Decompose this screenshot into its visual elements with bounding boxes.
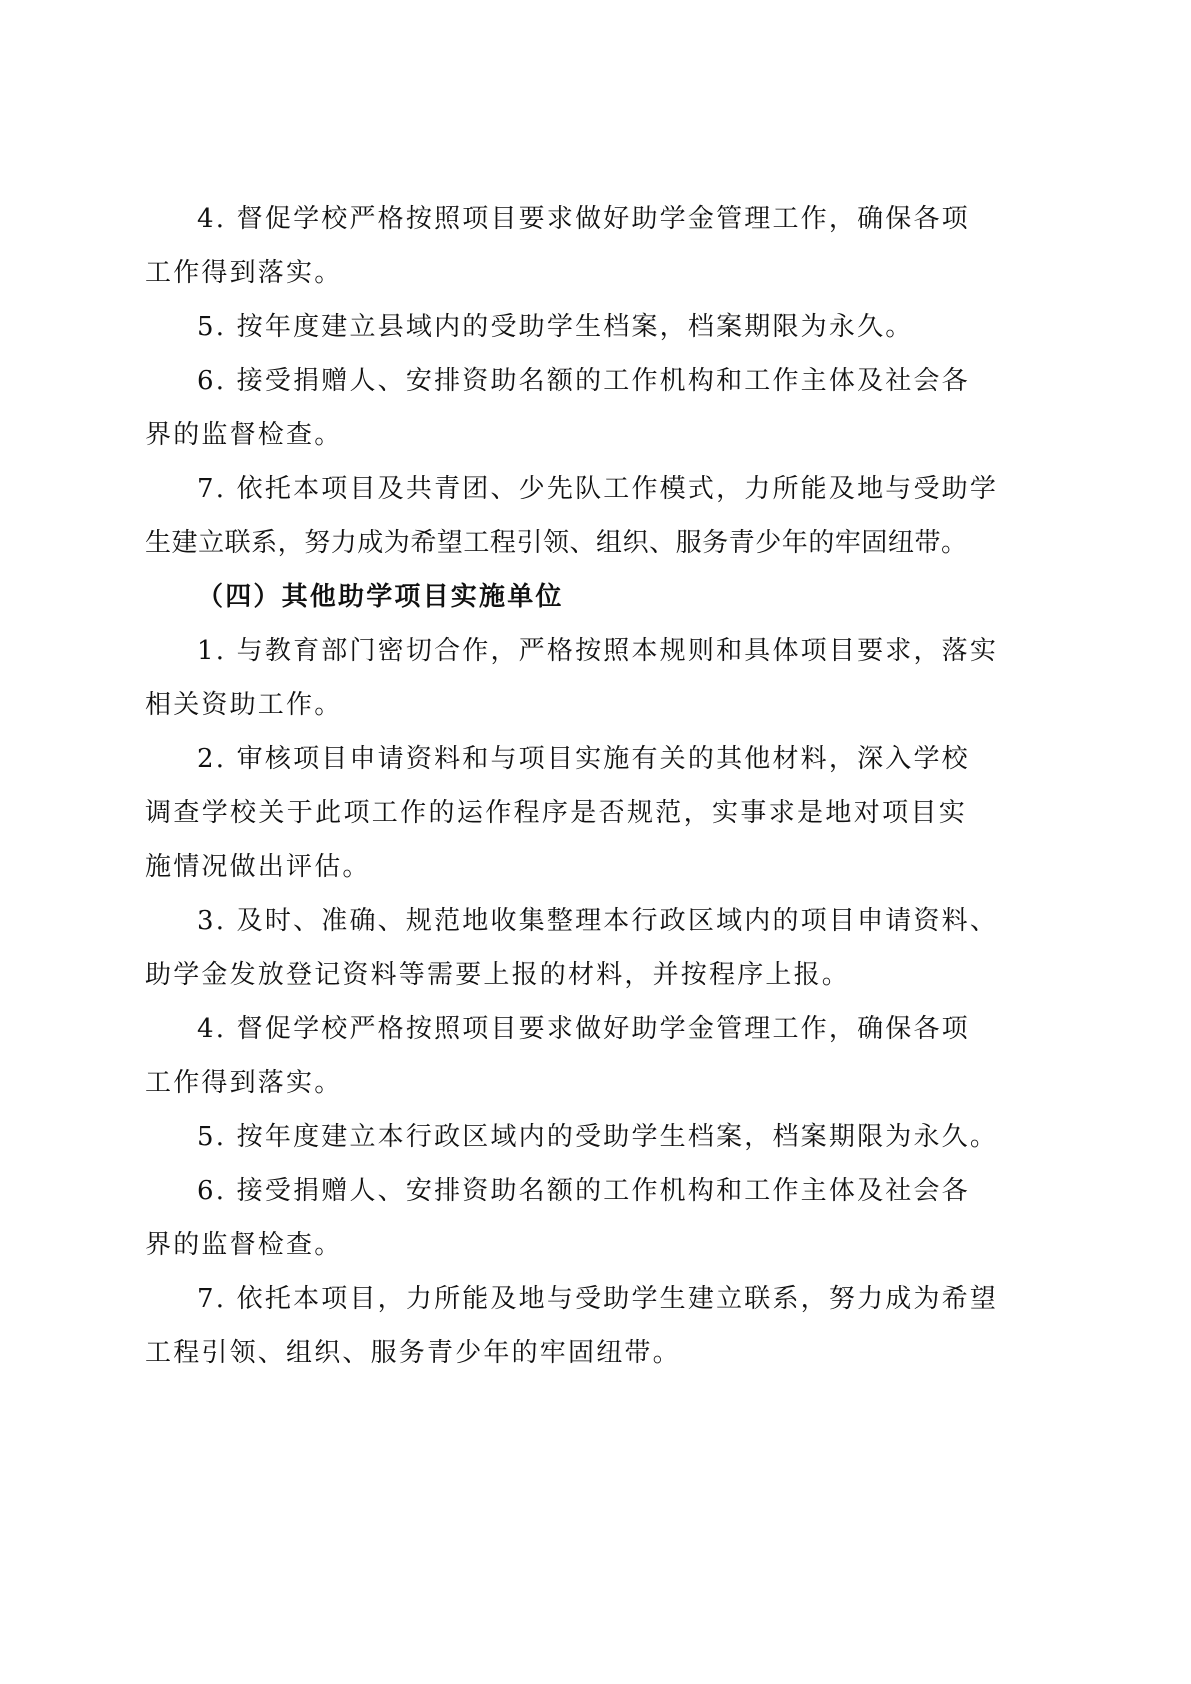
paragraph-line: 5. 按年度建立县域内的受助学生档案，档案期限为永久。 xyxy=(197,300,913,354)
paragraph-line: 4. 督促学校严格按照项目要求做好助学金管理工作，确保各项 xyxy=(197,192,967,246)
paragraph-line: 界的监督检查。 xyxy=(145,408,342,462)
paragraph-line: 生建立联系，努力成为希望工程引领、组织、服务青少年的牢固纽带。 xyxy=(145,516,967,570)
paragraph-line: 7. 依托本项目及共青团、少先队工作模式，力所能及地与受助学 xyxy=(197,462,967,516)
paragraph-line: 助学金发放登记资料等需要上报的材料，并按程序上报。 xyxy=(145,948,850,1002)
paragraph-line: 7. 依托本项目，力所能及地与受助学生建立联系，努力成为希望 xyxy=(197,1272,967,1326)
section-heading: （四）其他助学项目实施单位 xyxy=(197,570,564,624)
paragraph-line: 施情况做出评估。 xyxy=(145,840,371,894)
paragraph-line: 调查学校关于此项工作的运作程序是否规范，实事求是地对项目实 xyxy=(145,786,967,840)
paragraph-line: 1. 与教育部门密切合作，严格按照本规则和具体项目要求，落实 xyxy=(197,624,967,678)
paragraph-line: 6. 接受捐赠人、安排资助名额的工作机构和工作主体及社会各 xyxy=(197,354,967,408)
paragraph-line: 工程引领、组织、服务青少年的牢固纽带。 xyxy=(145,1326,681,1380)
paragraph-line: 4. 督促学校严格按照项目要求做好助学金管理工作，确保各项 xyxy=(197,1002,967,1056)
paragraph-line: 3. 及时、准确、规范地收集整理本行政区域内的项目申请资料、 xyxy=(197,894,967,948)
paragraph-line: 6. 接受捐赠人、安排资助名额的工作机构和工作主体及社会各 xyxy=(197,1164,967,1218)
paragraph-line: 2. 审核项目申请资料和与项目实施有关的其他材料，深入学校 xyxy=(197,732,967,786)
paragraph-line: 5. 按年度建立本行政区域内的受助学生档案，档案期限为永久。 xyxy=(197,1110,967,1164)
paragraph-line: 相关资助工作。 xyxy=(145,678,342,732)
paragraph-line: 工作得到落实。 xyxy=(145,246,342,300)
paragraph-line: 工作得到落实。 xyxy=(145,1056,342,1110)
paragraph-line: 界的监督检查。 xyxy=(145,1218,342,1272)
